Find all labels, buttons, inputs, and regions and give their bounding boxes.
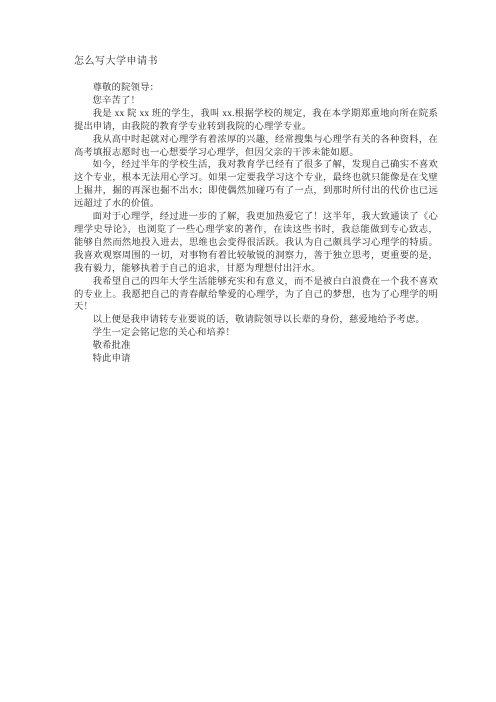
letter-salutation: 尊敬的院领导：	[74, 82, 438, 95]
letter-paragraph: 我是 xx 院 xx 班的学生，我叫 xx.根据学校的规定，我在本学期郑重地向所…	[74, 108, 438, 134]
document-page: 怎么写大学申请书 尊敬的院领导： 您辛苦了！ 我是 xx 院 xx 班的学生，我…	[0, 0, 496, 702]
letter-body: 尊敬的院领导： 您辛苦了！ 我是 xx 院 xx 班的学生，我叫 xx.根据学校…	[74, 82, 438, 366]
letter-paragraph: 我希望自己的四年大学生活能够充实和有意义，而不是被白白浪费在一个我不喜欢的专业上…	[74, 276, 438, 315]
letter-greeting: 您辛苦了！	[74, 95, 438, 108]
letter-approval-request: 敬希批准	[74, 340, 438, 353]
document-title: 怎么写大学申请书	[74, 55, 438, 68]
letter-closing-line: 学生一定会铭记您的关心和培养！	[74, 327, 438, 340]
letter-paragraph: 我从高中时起就对心理学有着浓厚的兴趣，经常搜集与心理学有关的各种资料，在高考填报…	[74, 134, 438, 160]
letter-paragraph: 面对于心理学，经过进一步的了解，我更加热爱它了！这半年，我大致通读了《心理学史导…	[74, 211, 438, 276]
letter-paragraph: 以上便是我申请转专业要说的话，敬请院领导以长辈的身份，慈爱地给予考虑。	[74, 314, 438, 327]
letter-application-note: 特此申请	[74, 353, 438, 366]
letter-paragraph: 如今，经过半年的学校生活，我对教育学已经有了很多了解，发现自己确实不喜欢这个专业…	[74, 159, 438, 211]
